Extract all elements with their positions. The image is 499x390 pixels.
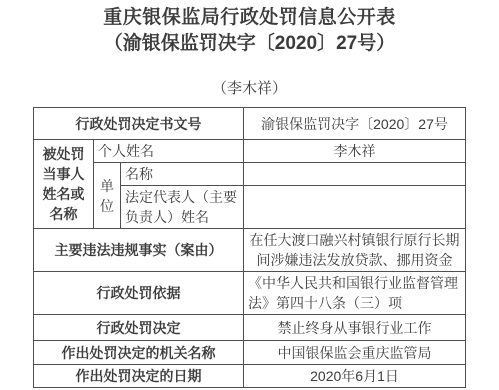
personal-name-row: 被处罚当事人姓名或名称 个人姓名 李木祥 bbox=[34, 140, 466, 163]
legal-rep-label-cell: 法定代表人（主要负责人）姓名 bbox=[121, 186, 244, 229]
basis-row: 行政处罚依据 《中华人民共和国银行业监督管理法》第四十八条（三）项 bbox=[34, 272, 466, 315]
facts-label-cell: 主要违法违规事实（案由） bbox=[34, 229, 244, 272]
penalty-disclosure-page: { "page": { "title_line1": "重庆银保监局行政处罚信息… bbox=[0, 0, 499, 390]
facts-value-cell: 在任大渡口融兴村镇银行原行长期间涉嫌违法发放贷款、挪用资金 bbox=[244, 229, 466, 272]
decision-row: 行政处罚决定 禁止终身从事银行业工作 bbox=[34, 315, 466, 341]
page-title: 重庆银保监局行政处罚信息公开表 bbox=[0, 5, 499, 30]
decision-value-cell: 禁止终身从事银行业工作 bbox=[244, 315, 466, 341]
doc-no-value-cell: 渝银保监罚决字〔2020〕27号 bbox=[244, 108, 466, 140]
subject-name: （李木祥） bbox=[0, 78, 499, 100]
date-label-cell: 作出处罚决定的日期 bbox=[34, 365, 244, 388]
unit-name-value-cell bbox=[244, 163, 466, 186]
authority-label-cell: 作出处罚决定的机关名称 bbox=[34, 341, 244, 365]
basis-label-cell: 行政处罚依据 bbox=[34, 272, 244, 315]
doc-no-row: 行政处罚决定书文号 渝银保监罚决字〔2020〕27号 bbox=[34, 108, 466, 140]
basis-value-cell: 《中华人民共和国银行业监督管理法》第四十八条（三）项 bbox=[244, 272, 466, 315]
personal-name-label-cell: 个人姓名 bbox=[94, 140, 244, 163]
unit-label-cell: 单位 bbox=[94, 163, 121, 229]
legal-rep-value-cell bbox=[244, 186, 466, 229]
personal-name-value-cell: 李木祥 bbox=[244, 140, 466, 163]
decision-label-cell: 行政处罚决定 bbox=[34, 315, 244, 341]
authority-value-cell: 中国银保监会重庆监管局 bbox=[244, 341, 466, 365]
party-name-label-cell: 被处罚当事人姓名或名称 bbox=[34, 140, 94, 229]
unit-name-label-cell: 名称 bbox=[121, 163, 244, 186]
page-title-doc-number: （渝银保监罚决字〔2020〕27号） bbox=[0, 31, 499, 56]
doc-no-label-cell: 行政处罚决定书文号 bbox=[34, 108, 244, 140]
authority-row: 作出处罚决定的机关名称 中国银保监会重庆监管局 bbox=[34, 341, 466, 365]
facts-row: 主要违法违规事实（案由） 在任大渡口融兴村镇银行原行长期间涉嫌违法发放贷款、挪用… bbox=[34, 229, 466, 272]
penalty-info-table: 行政处罚决定书文号 渝银保监罚决字〔2020〕27号 被处罚当事人姓名或名称 个… bbox=[33, 107, 466, 388]
date-row: 作出处罚决定的日期 2020年6月1日 bbox=[34, 365, 466, 388]
unit-name-row: 单位 名称 bbox=[34, 163, 466, 186]
date-value-cell: 2020年6月1日 bbox=[244, 365, 466, 388]
